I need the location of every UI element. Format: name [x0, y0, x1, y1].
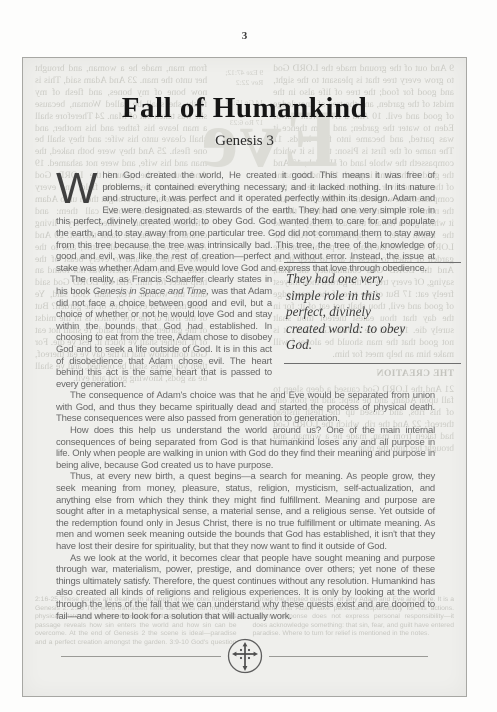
drop-cap: W [56, 172, 97, 205]
paragraph-4: How does this help us understand the wor… [56, 425, 435, 471]
paragraph-1-text: hen God created the world, He created it… [56, 170, 435, 274]
paragraph-1: When God created the world, He created i… [56, 170, 435, 274]
pull-quote: They had one very simple role in this pe… [286, 271, 411, 353]
divider-rule-left [61, 656, 221, 657]
paragraph-2-text: , was that Adam did not face a choice be… [56, 286, 272, 390]
page-title: Fall of Humankind [23, 92, 466, 124]
paragraph-2-block: They had one very simple role in this pe… [56, 274, 461, 390]
paragraph-6: As we look at the world, it becomes clea… [56, 553, 435, 623]
book-title-italic: Genesis in Space and Time [93, 286, 206, 297]
pull-quote-box: They had one very simple role in this pe… [284, 262, 461, 364]
page-number: 3 [22, 30, 467, 42]
section-divider [61, 636, 428, 676]
paragraph-5: Thus, at every new birth, a quest begins… [56, 471, 435, 552]
divider-rule-right [269, 656, 429, 657]
scanned-page: Eve 9 And out of the ground made the LOR… [22, 57, 467, 697]
paragraph-3: The consequence of Adam's choice was tha… [56, 390, 435, 425]
page-subtitle: Genesis 3 [23, 133, 466, 150]
article-content: Fall of Humankind Genesis 3 When God cre… [23, 58, 466, 696]
article-body: When God created the world, He created i… [56, 170, 461, 622]
cross-ornament-icon [226, 637, 264, 675]
